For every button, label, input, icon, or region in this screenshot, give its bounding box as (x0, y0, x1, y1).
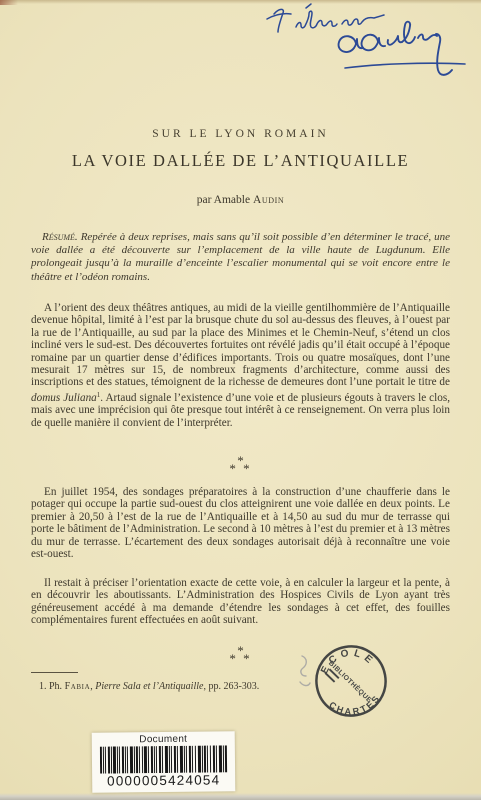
abstract-label: Résumé. (42, 231, 78, 243)
byline-prefix: par Amable (197, 194, 253, 206)
footnote-work-title: Pierre Sala et l’Antiquaille (95, 681, 203, 692)
barcode-number: 0000005424054 (92, 772, 235, 788)
footnote-pages: , pp. 263-303. (203, 681, 259, 692)
asterism-bottom: * * (31, 463, 450, 472)
body-paragraph-3: Il restait à préciser l’orientation exac… (31, 577, 450, 627)
abstract-text: Repérée à deux reprises, mais sans qu’il… (31, 231, 450, 283)
stamp-text-top: ECOLE (316, 643, 378, 677)
barcode-icon (99, 745, 227, 773)
byline-author: Audin (253, 194, 284, 206)
latin-phrase: domus Juliana (31, 392, 97, 404)
section-divider-asterism: * * * (31, 456, 450, 472)
series-title: SUR LE LYON ROMAIN (31, 128, 450, 140)
footnote-rule (31, 672, 78, 673)
svg-text:ECOLE: ECOLE (316, 643, 378, 677)
svg-text:CHARTES: CHARTES (326, 691, 385, 721)
page-title: LA VOIE DALLÉE DE L’ANTIQUAILLE (31, 151, 450, 171)
library-stamp: ECOLE CHARTES BIBLIOTHÈQUE (295, 625, 406, 736)
scan-corner-mark (0, 0, 18, 5)
paragraph-1-text: A l’orient des deux théâtres antiques, a… (31, 302, 450, 388)
stamp-text-bottom: CHARTES (326, 691, 385, 721)
abstract-paragraph: Résumé. Repérée à deux reprises, mais sa… (31, 231, 450, 284)
barcode-sticker: Document 0000005424054 (92, 731, 236, 792)
footnote-author: Fabia (65, 681, 91, 692)
barcode-label-text: Document (92, 731, 235, 745)
footnote-marker: 1. Ph. (39, 681, 65, 692)
body-paragraph-2: En juillet 1954, des sondages préparatoi… (31, 486, 450, 560)
byline: par Amable Audin (31, 194, 450, 206)
body-paragraph-1: A l’orient des deux théâtres antiques, a… (31, 302, 450, 429)
